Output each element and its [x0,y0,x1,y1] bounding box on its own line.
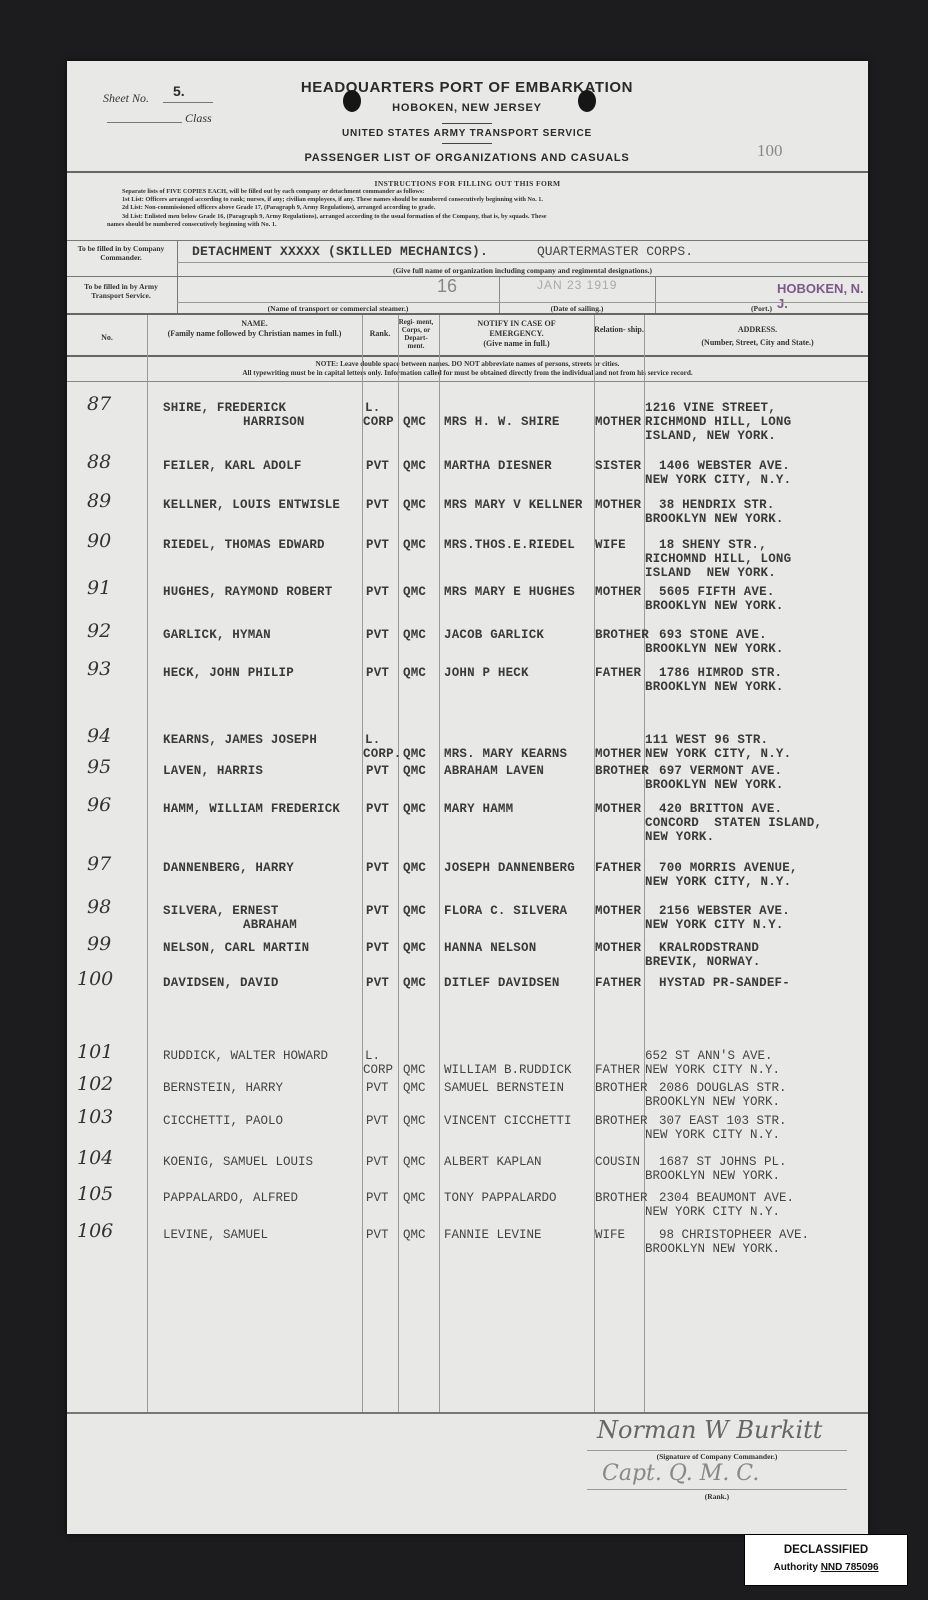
passenger-rank: PVT [366,802,389,816]
entry-number: 103 [77,1106,113,1128]
passenger-corps: QMC [403,941,426,955]
entry-number: 88 [87,451,111,473]
passenger-rank: PVT [366,941,389,955]
address-line: ISLAND, NEW YORK. [645,429,776,443]
passenger-corps: QMC [403,628,426,642]
passenger-name: KEARNS, JAMES JOSEPH [163,733,317,747]
emergency-contact: HANNA NELSON [444,941,536,955]
entry-number: 99 [87,933,111,955]
emergency-contact: MRS MARY V KELLNER [444,498,583,512]
relationship: COUSIN [595,1155,640,1169]
emergency-contact: ABRAHAM LAVEN [444,764,544,778]
address-line: NEW YORK CITY, N.Y. [645,747,791,761]
declassified-authority: Authority NND 785096 [745,1562,907,1573]
passenger-name: RUDDICK, WALTER HOWARD [163,1049,328,1063]
passenger-corps: QMC [403,1155,426,1169]
passenger-corps: QMC [403,976,426,990]
passenger-corps: QMC [403,459,426,473]
passenger-rank-continued: CORP. [363,747,402,761]
passenger-rank: PVT [366,1228,389,1242]
address-line: 420 BRITTON AVE. [659,802,782,816]
entry-number: 104 [77,1147,113,1169]
address-line: HYSTAD PR-SANDEF- [659,976,790,990]
address-line: KRALRODSTRAND [659,941,759,955]
passenger-name: GARLICK, HYMAN [163,628,271,642]
emergency-contact: WILLIAM B.RUDDICK [444,1063,572,1077]
column-header-notify-title: NOTIFY IN CASE OF EMERGENCY. [439,319,594,339]
relationship: MOTHER [595,941,641,955]
entry-number: 101 [77,1041,113,1063]
passenger-name-continued: ABRAHAM [243,918,297,932]
relationship: WIFE [595,1228,625,1242]
passenger-name: DANNENBERG, HARRY [163,861,294,875]
passenger-rank: L. [365,1049,380,1063]
passenger-rank: L. [365,401,380,415]
address-line: RICHMOND HILL, LONG [645,415,791,429]
relationship: MOTHER [595,585,641,599]
class-label: Class [185,111,212,126]
authority-value: NND 785096 [821,1562,879,1573]
passenger-corps: QMC [403,861,426,875]
address-line: NEW YORK CITY N.Y. [645,918,784,932]
emergency-contact: FLORA C. SILVERA [444,904,567,918]
column-header-address: ADDRESS. (Number, Street, City and State… [647,323,868,349]
address-line: BROOKLYN NEW YORK. [645,642,784,656]
emergency-contact: MRS. MARY KEARNS [444,747,567,761]
relationship: MOTHER [595,904,641,918]
entry-number: 92 [87,620,111,642]
sheet-number-label: Sheet No. [103,91,149,106]
passenger-name: HECK, JOHN PHILIP [163,666,294,680]
passenger-name: BERNSTEIN, HARRY [163,1081,283,1095]
address-line: ISLAND NEW YORK. [645,566,776,580]
page-stamp: 100 [757,141,783,161]
list-title: PASSENGER LIST OF ORGANIZATIONS AND CASU… [257,152,677,164]
transport-service-label: To be filled in by Army Transport Servic… [71,282,171,300]
emergency-contact: ALBERT KAPLAN [444,1155,542,1169]
address-line: BROOKLYN NEW YORK. [645,680,784,694]
address-line: BROOKLYN NEW YORK. [645,1242,780,1256]
port-caption: (Port.) [655,304,868,313]
emergency-contact: DITLEF DAVIDSEN [444,976,560,990]
address-line: 5605 FIFTH AVE. [659,585,775,599]
instruction-line: names should be numbered consecutively b… [107,221,862,229]
address-line: CONCORD STATEN ISLAND, [645,816,822,830]
address-line: 98 CHRISTOPHEER AVE. [659,1228,809,1242]
entry-number: 93 [87,658,111,680]
address-line: NEW YORK CITY, N.Y. [645,875,791,889]
passenger-rank-continued: CORP [363,1063,393,1077]
passenger-name: NELSON, CARL MARTIN [163,941,309,955]
location: HOBOKEN, NEW JERSEY [267,102,667,114]
address-line: BROOKLYN NEW YORK. [645,1169,780,1183]
relationship: SISTER [595,459,641,473]
passenger-corps: QMC [403,538,426,552]
emergency-contact: SAMUEL BERNSTEIN [444,1081,564,1095]
address-line: 307 EAST 103 STR. [659,1114,787,1128]
entry-number: 106 [77,1220,113,1242]
sailing-date: JAN 23 1919 [537,278,617,292]
emergency-contact: VINCENT CICCHETTI [444,1114,572,1128]
relationship: MOTHER [595,415,641,429]
address-line: 697 VERMONT AVE. [659,764,782,778]
passenger-name: KOENIG, SAMUEL LOUIS [163,1155,313,1169]
column-header-relationship: Relation- ship. [594,323,644,336]
sheet-number: 5. [173,83,185,99]
address-line: NEW YORK CITY N.Y. [645,1063,780,1077]
rank-caption: (Rank.) [637,1492,797,1501]
passenger-corps: QMC [403,666,426,680]
column-header-no: No. [67,333,147,342]
emergency-contact: JACOB GARLICK [444,628,544,642]
column-header-name: NAME. (Family name followed by Christian… [147,319,362,338]
entry-number: 95 [87,756,111,778]
address-line: NEW YORK CITY, N.Y. [645,473,791,487]
passenger-rank: PVT [366,628,389,642]
entry-number: 96 [87,794,111,816]
passenger-corps: QMC [403,1063,426,1077]
passenger-rank: PVT [366,976,389,990]
entry-number: 91 [87,577,111,599]
passenger-rank: PVT [366,1114,389,1128]
column-header-rank: Rank. [362,329,398,338]
address-line: 18 SHENY STR., [659,538,767,552]
emergency-contact: MRS H. W. SHIRE [444,415,560,429]
service-name: UNITED STATES ARMY TRANSPORT SERVICE [267,128,667,139]
entry-number: 94 [87,725,111,747]
column-header-address-title: ADDRESS. [647,323,868,336]
passenger-name: HUGHES, RAYMOND ROBERT [163,585,332,599]
address-line: BROOKLYN NEW YORK. [645,1095,780,1109]
address-line: 1216 VINE STREET, [645,401,776,415]
passenger-name: PAPPALARDO, ALFRED [163,1191,298,1205]
passenger-name: LEVINE, SAMUEL [163,1228,268,1242]
passenger-rank: PVT [366,1081,389,1095]
authority-label: Authority [773,1562,817,1573]
entry-number: 102 [77,1073,113,1095]
passenger-corps: QMC [403,585,426,599]
passenger-name: LAVEN, HARRIS [163,764,263,778]
instruction-line: 2d List: Non-commissioned officers above… [122,204,862,212]
relationship: MOTHER [595,802,641,816]
address-line: 700 MORRIS AVENUE, [659,861,798,875]
emergency-contact: MRS.THOS.E.RIEDEL [444,538,575,552]
company-commander-label: To be filled in by Company Commander. [71,244,171,262]
note-line-1: NOTE: Leave double space between names. … [67,360,868,369]
column-header-name-sub: (Family name followed by Christian names… [147,329,362,339]
relationship: BROTHER [595,764,649,778]
relationship: MOTHER [595,747,641,761]
passenger-rank: PVT [366,538,389,552]
column-header-name-title: NAME. [147,319,362,329]
passenger-name: RIEDEL, THOMAS EDWARD [163,538,325,552]
emergency-contact: FANNIE LEVINE [444,1228,542,1242]
passenger-rank: PVT [366,904,389,918]
column-header-address-sub: (Number, Street, City and State.) [647,336,868,349]
emergency-contact: JOSEPH DANNENBERG [444,861,575,875]
entry-number: 90 [87,530,111,552]
address-line: 38 HENDRIX STR. [659,498,775,512]
relationship: BROTHER [595,1081,648,1095]
entry-number: 98 [87,896,111,918]
passenger-name: CICCHETTI, PAOLO [163,1114,283,1128]
address-line: BROOKLYN NEW YORK. [645,778,784,792]
instruction-line: 3d List: Enlisted men below Grade 16, (P… [122,213,862,221]
emergency-contact: MARY HAMM [444,802,513,816]
typing-note: NOTE: Leave double space between names. … [67,360,868,377]
emergency-contact: TONY PAPPALARDO [444,1191,557,1205]
commander-signature: Norman W Burkitt [597,1416,822,1444]
passenger-rank: PVT [366,498,389,512]
passenger-corps: QMC [403,1191,426,1205]
passenger-rank: PVT [366,585,389,599]
relationship: WIFE [595,538,626,552]
emergency-contact: JOHN P HECK [444,666,529,680]
passenger-list-sheet: Sheet No. 5. Class HEADQUARTERS PORT OF … [67,61,868,1534]
organization-name: DETACHMENT XXXXX (SKILLED MECHANICS). [192,244,488,259]
address-line: 111 WEST 96 STR. [645,733,768,747]
steamer-caption: (Name of transport or commercial steamer… [177,304,499,313]
passenger-name: FEILER, KARL ADOLF [163,459,302,473]
organization-corps: QUARTERMASTER CORPS. [537,244,693,259]
passenger-corps: QMC [403,1114,426,1128]
instructions-block: Separate lists of FIVE COPIES EACH, will… [122,188,862,229]
instruction-line: Separate lists of FIVE COPIES EACH, will… [122,188,862,196]
address-line: 1406 WEBSTER AVE. [659,459,790,473]
address-line: 2156 WEBSTER AVE. [659,904,790,918]
entry-number: 89 [87,490,111,512]
relationship: BROTHER [595,628,649,642]
passenger-corps: QMC [403,1081,426,1095]
relationship: FATHER [595,666,641,680]
passenger-name: KELLNER, LOUIS ENTWISLE [163,498,340,512]
passenger-rank-continued: CORP [363,415,394,429]
passenger-rank: PVT [366,1155,389,1169]
emergency-contact: MRS MARY E HUGHES [444,585,575,599]
column-header-regiment: Regi- ment, Corps, or Depart- ment. [398,318,434,350]
passenger-corps: QMC [403,904,426,918]
instruction-line: 1st List: Officers arranged according to… [122,196,862,204]
commander-rank: Capt. Q. M. C. [602,1461,759,1486]
organization-caption: (Give full name of organization includin… [177,266,868,275]
passenger-corps: QMC [403,415,426,429]
address-line: BROOKLYN NEW YORK. [645,599,784,613]
address-line: NEW YORK. [645,830,714,844]
address-line: BROOKLYN NEW YORK. [645,512,784,526]
note-line-2: All typewriting must be in capital lette… [67,369,868,378]
relationship: FATHER [595,861,641,875]
column-header-notify-sub: (Give name in full.) [439,339,594,349]
emergency-contact: MARTHA DIESNER [444,459,552,473]
passenger-rank: PVT [366,861,389,875]
passenger-rank: PVT [366,459,389,473]
date-caption: (Date of sailing.) [499,304,655,313]
address-line: RICHOMND HILL, LONG [645,552,791,566]
passenger-corps: QMC [403,747,426,761]
entry-number: 105 [77,1183,113,1205]
passenger-name: SHIRE, FREDERICK [163,401,286,415]
passenger-name: HAMM, WILLIAM FREDERICK [163,802,340,816]
relationship: FATHER [595,1063,640,1077]
passenger-name: SILVERA, ERNEST [163,904,279,918]
address-line: 1786 HIMROD STR. [659,666,782,680]
passenger-name: DAVIDSEN, DAVID [163,976,279,990]
passenger-rank: L. [365,733,380,747]
address-line: 2304 BEAUMONT AVE. [659,1191,794,1205]
declassified-title: DECLASSIFIED [745,1544,907,1556]
entry-number: 100 [77,968,113,990]
relationship: BROTHER [595,1191,648,1205]
entry-number: 97 [87,853,111,875]
passenger-rank: PVT [366,1191,389,1205]
instructions-title: INSTRUCTIONS FOR FILLING OUT THIS FORM [67,179,868,188]
address-line: NEW YORK CITY N.Y. [645,1205,780,1219]
passenger-name-continued: HARRISON [243,415,305,429]
steamer-name: 16 [437,276,457,297]
passenger-corps: QMC [403,764,426,778]
signature-caption: (Signature of Company Commander.) [637,1452,797,1461]
relationship: FATHER [595,976,641,990]
document-title: HEADQUARTERS PORT OF EMBARKATION [267,79,667,96]
address-line: 693 STONE AVE. [659,628,767,642]
column-header-notify: NOTIFY IN CASE OF EMERGENCY. (Give name … [439,319,594,349]
passenger-rank: PVT [366,764,389,778]
address-line: NEW YORK CITY N.Y. [645,1128,780,1142]
passenger-corps: QMC [403,498,426,512]
address-line: BREVIK, NORWAY. [645,955,761,969]
address-line: 652 ST ANN'S AVE. [645,1049,773,1063]
relationship: BROTHER [595,1114,648,1128]
passenger-rank: PVT [366,666,389,680]
passenger-corps: QMC [403,802,426,816]
address-line: 1687 ST JOHNS PL. [659,1155,787,1169]
entry-number: 87 [87,393,111,415]
relationship: MOTHER [595,498,641,512]
declassified-stamp: DECLASSIFIED Authority NND 785096 [744,1534,908,1586]
address-line: 2086 DOUGLAS STR. [659,1081,787,1095]
passenger-corps: QMC [403,1228,426,1242]
